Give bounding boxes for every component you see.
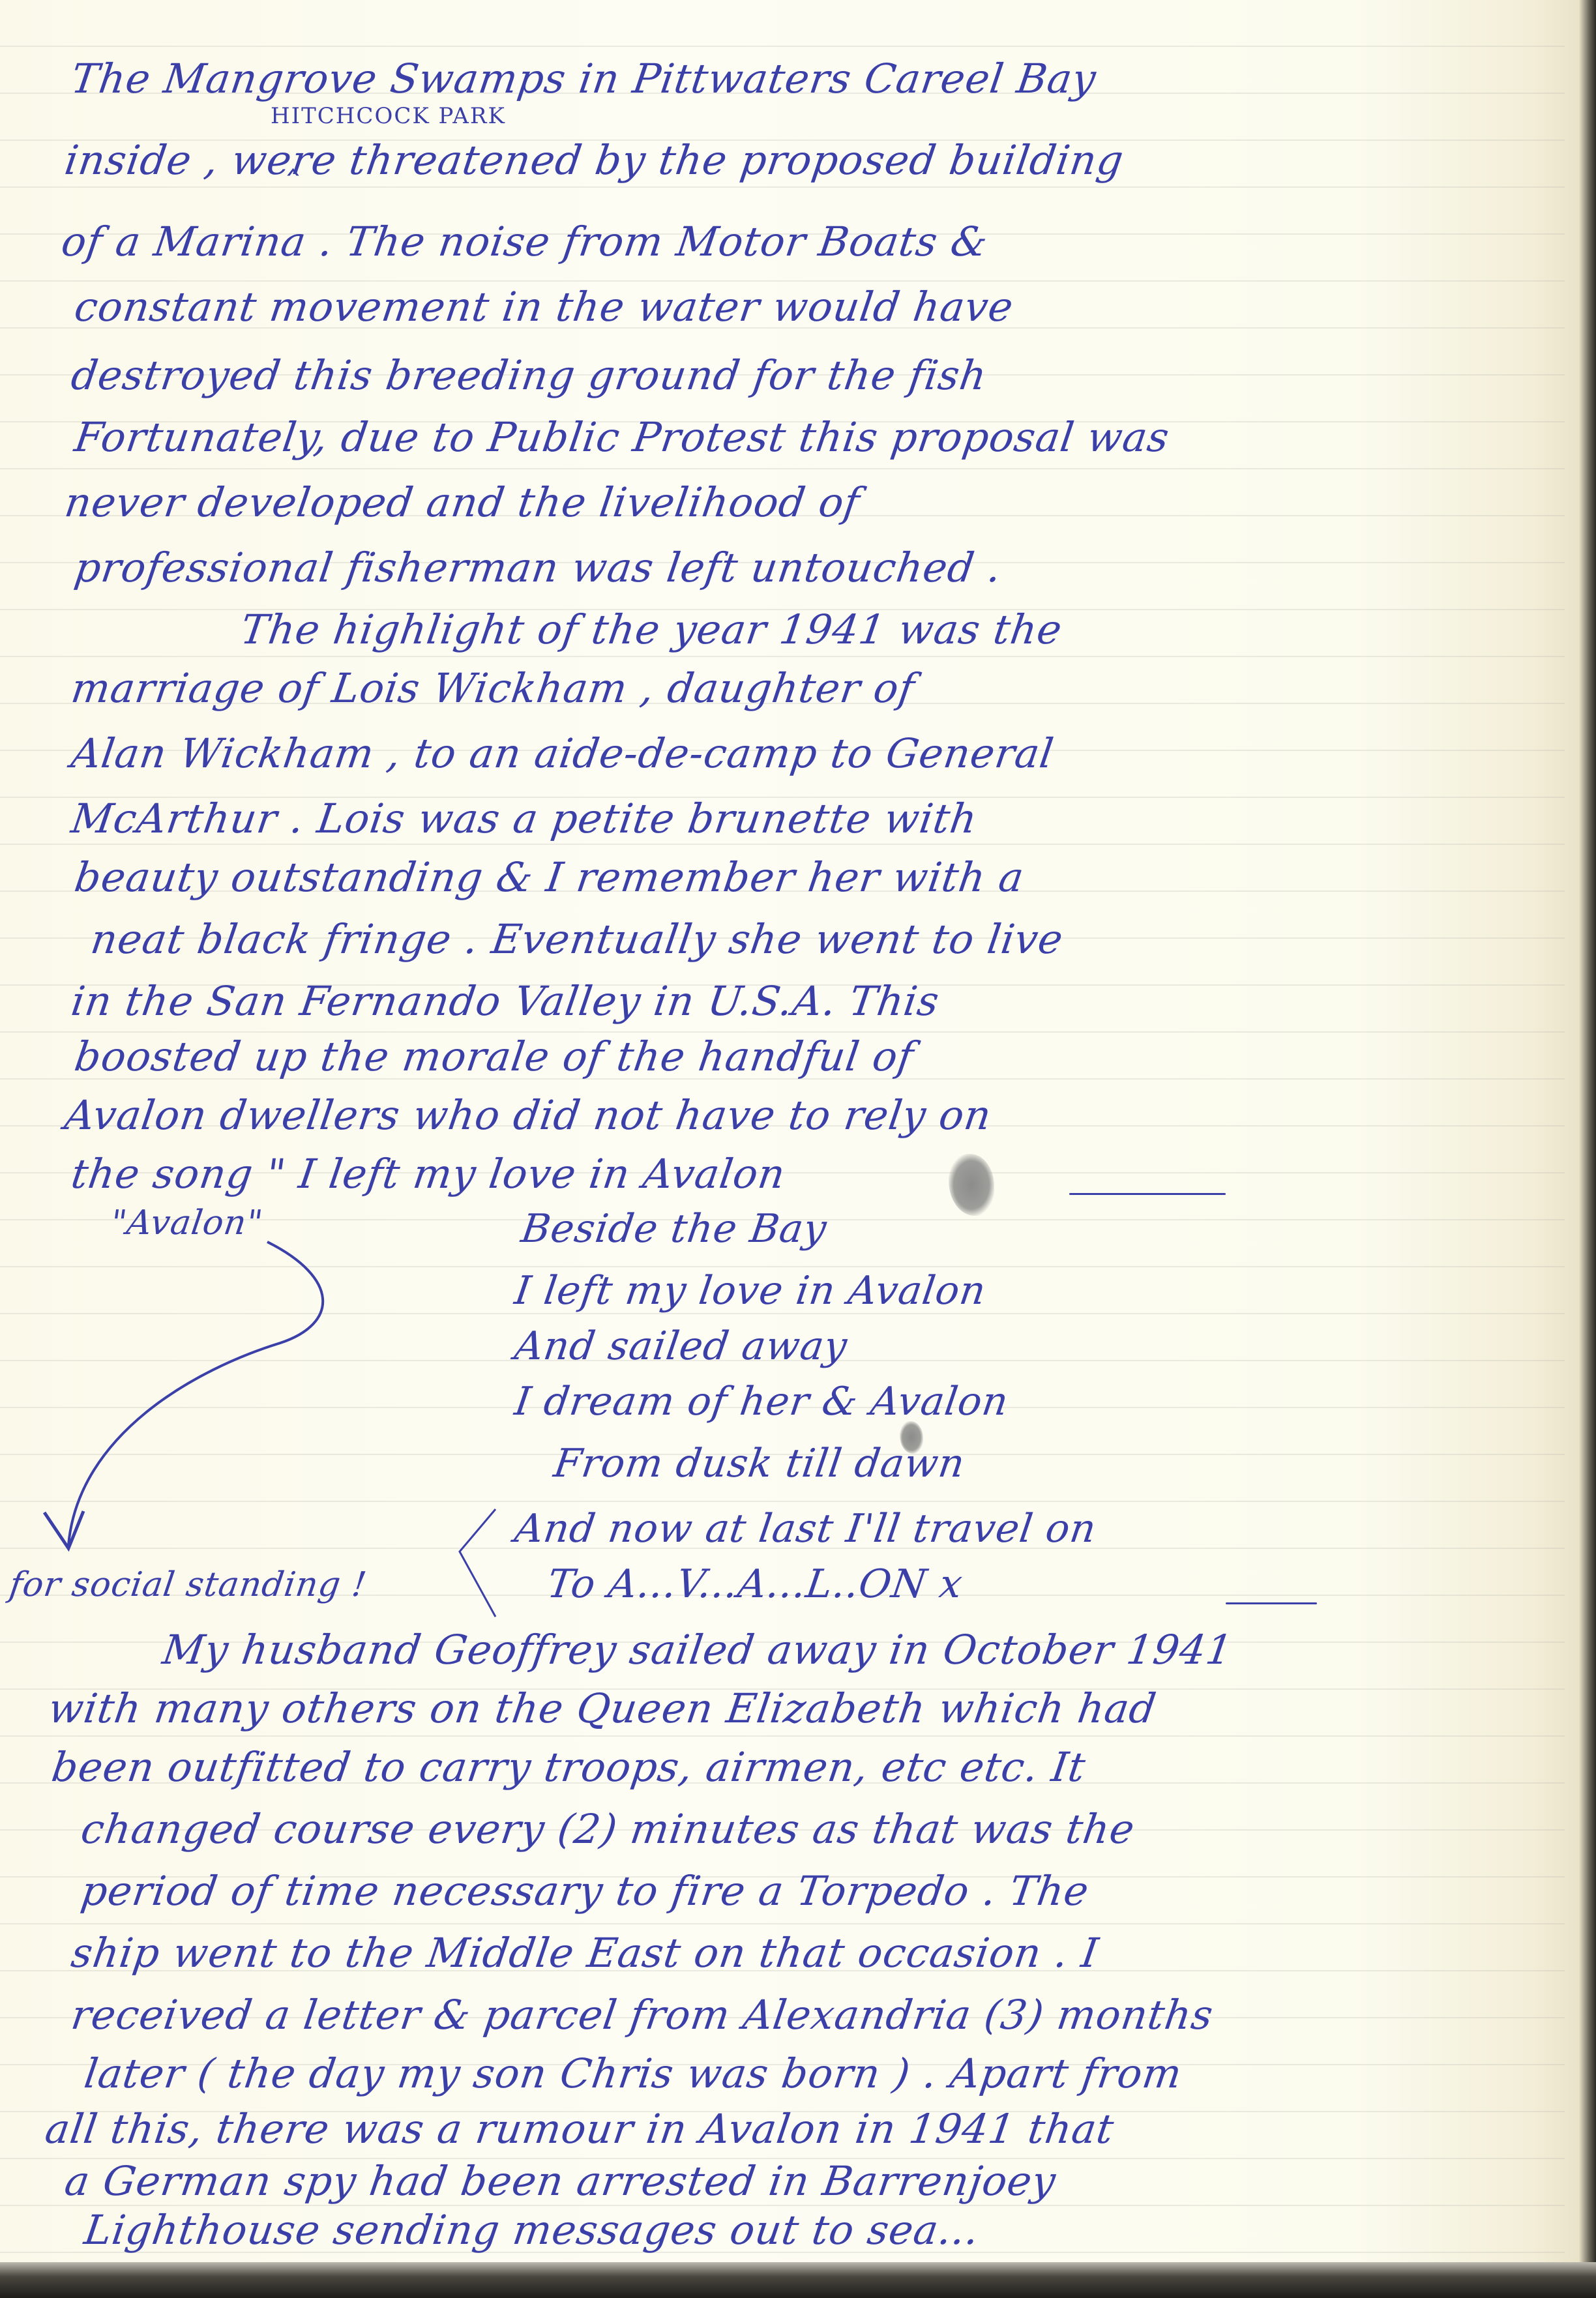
text-line: changed course every (2) minutes as that… — [79, 1809, 1138, 1849]
notebook-page: HITCHCOCK PARK ‸ The Mangrove Swamps in … — [0, 0, 1596, 2262]
notebook-spine — [1579, 0, 1596, 2262]
text-line: all this, there was a rumour in Avalon i… — [43, 2109, 1117, 2149]
text-line: Lighthouse sending messages out to sea..… — [82, 2210, 982, 2250]
arrow-icon — [0, 0, 1596, 1695]
text-line: been outfitted to carry troops, airmen, … — [50, 1747, 1089, 1788]
text-line: received a letter & parcel from Alexandr… — [69, 1995, 1216, 2035]
text-line: later ( the day my son Chris was born ) … — [82, 2054, 1185, 2094]
page-bottom-edge — [0, 2262, 1596, 2298]
text-line: a German spy had been arrested in Barren… — [63, 2161, 1059, 2202]
text-line: ship went to the Middle East on that occ… — [69, 1933, 1101, 1973]
text-line: period of time necessary to fire a Torpe… — [79, 1871, 1092, 1911]
